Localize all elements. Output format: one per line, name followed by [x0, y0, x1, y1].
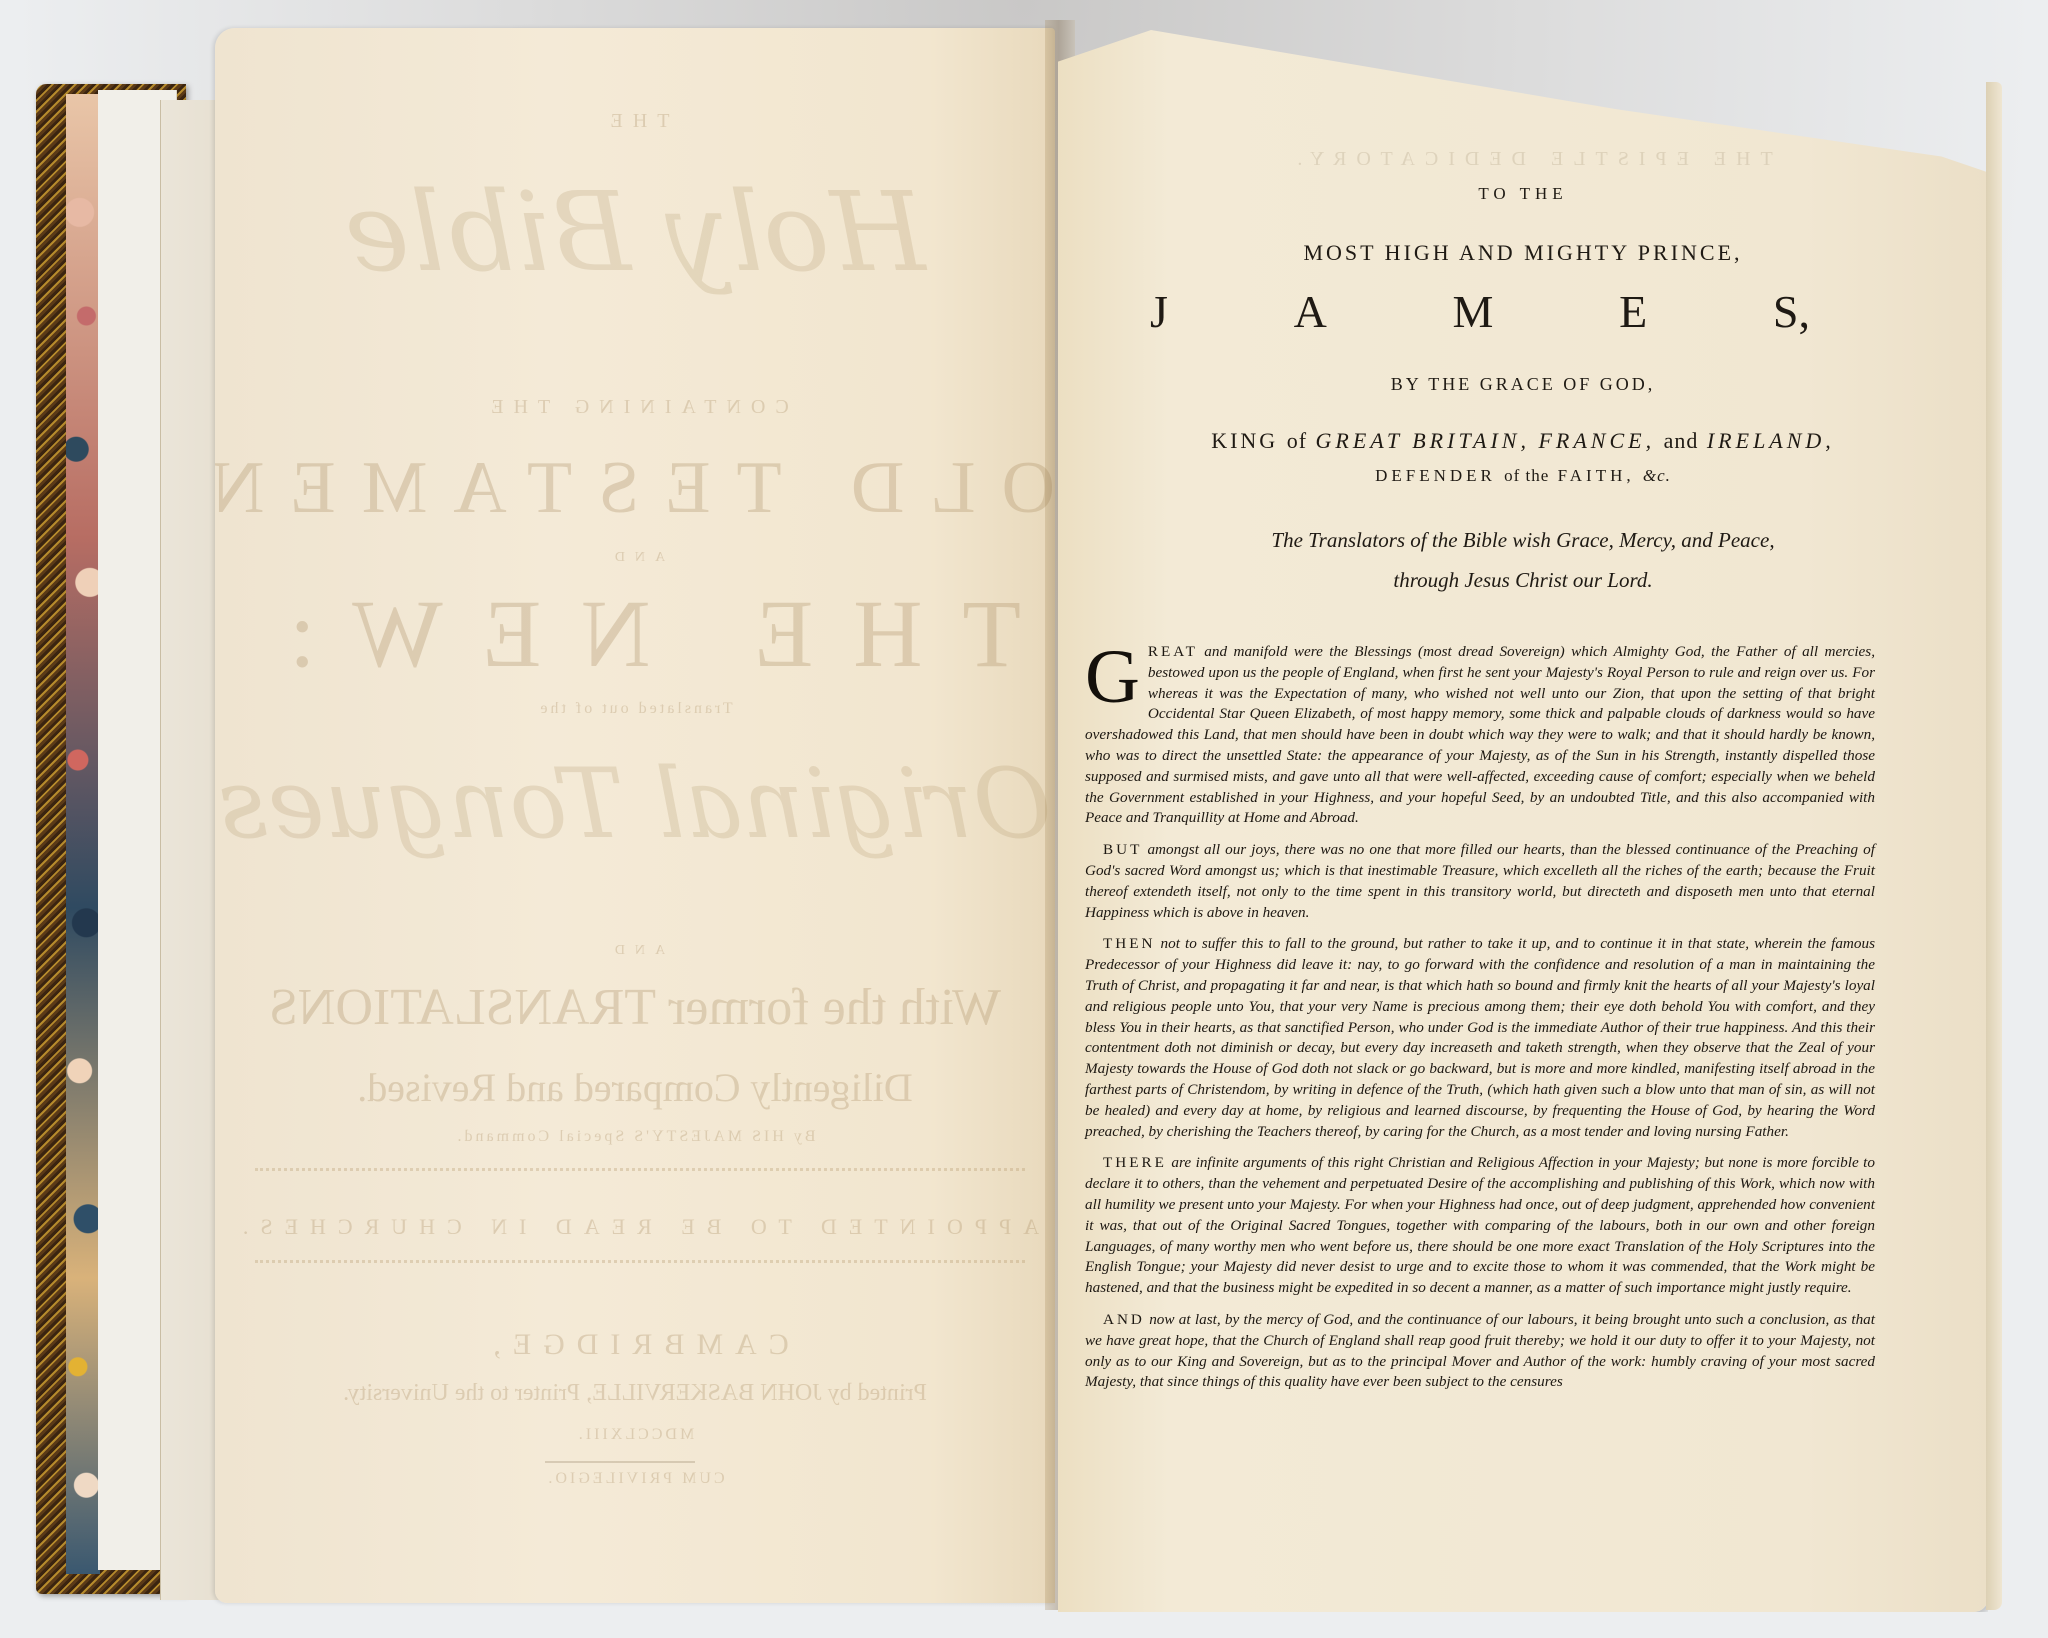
defender-word: DEFENDER: [1375, 466, 1496, 485]
paragraph-then: THEN not to suffer this to fall to the g…: [1085, 934, 1875, 1142]
james-letter-j: J: [1150, 285, 1168, 338]
heading-james: J A M E S,: [1150, 285, 1810, 338]
ghost-and-1: AND: [215, 550, 1055, 566]
ghost-and-2: AND: [215, 943, 1055, 959]
etc-word: &c.: [1643, 466, 1671, 485]
ghost-diligently: Diligently Compared and Revised.: [215, 1064, 1055, 1111]
page-fore-edge: [1986, 82, 2002, 1610]
great-britain: GREAT BRITAIN,: [1316, 428, 1530, 453]
salutation: The Translators of the Bible wish Grace,…: [1058, 520, 1988, 600]
ghost-printed-by: Printed by JOHN BASKERVILLE, Printer to …: [215, 1380, 1055, 1407]
ghost-epistle-heading: THE EPISTLE DEDICATORY.: [1150, 148, 1910, 171]
of-word: of: [1287, 428, 1307, 453]
ghost-by-majesty: By HIS MAJESTY'S Special Command.: [215, 1128, 1055, 1146]
paragraph-there: THERE are infinite arguments of this rig…: [1085, 1153, 1875, 1299]
ghost-cum-privilegio: CUM PRIVILEGIO.: [215, 1470, 1055, 1488]
faith-word: FAITH,: [1558, 466, 1635, 485]
ghost-short-rule: [545, 1461, 695, 1463]
ghost-the-new: THE NEW:: [215, 578, 1055, 689]
ghost-old-testament: OLD TESTAMENT: [215, 446, 1055, 531]
of-the-word: of the: [1504, 466, 1549, 485]
ghost-translated: Translated out of the: [215, 700, 1055, 718]
heading-most-high-prince: MOST HIGH AND MIGHTY PRINCE,: [1058, 240, 1988, 266]
ghost-containing: CONTAINING THE: [215, 396, 1055, 419]
ghost-the: THE: [215, 110, 1055, 133]
heading-king-line: KING of GREAT BRITAIN, FRANCE, and IRELA…: [1058, 428, 1988, 454]
drop-cap-g: G: [1085, 648, 1140, 706]
dedication-body: GREAT and manifold were the Blessings (m…: [1085, 642, 1875, 1404]
france: FRANCE,: [1538, 428, 1655, 453]
and-word: and: [1664, 428, 1699, 453]
ghost-original-tongues: Original Tongues: [215, 748, 1055, 860]
ghost-cambridge: CAMBRIDGE,: [215, 1328, 1055, 1362]
heading-by-grace: BY THE GRACE OF GOD,: [1058, 374, 1988, 395]
ghost-with-former: With the former TRANSLATIONS: [215, 978, 1055, 1037]
heading-defender-line: DEFENDER of the FAITH, &c.: [1058, 466, 1988, 486]
heading-to-the: TO THE: [1058, 184, 1988, 204]
ornamental-rule-bottom: [255, 1260, 1025, 1263]
james-letter-a: A: [1294, 285, 1327, 338]
salutation-line-2: through Jesus Christ our Lord.: [1058, 560, 1988, 600]
paragraph-but: BUT amongst all our joys, there was no o…: [1085, 840, 1875, 923]
james-letter-e: E: [1619, 285, 1647, 338]
king-word: KING: [1211, 428, 1278, 453]
james-letter-s: S,: [1773, 285, 1810, 338]
salutation-line-1: The Translators of the Bible wish Grace,…: [1058, 520, 1988, 560]
ghost-appointed: APPOINTED TO BE READ IN CHURCHES.: [215, 1214, 1055, 1240]
ghost-year: MDCCLXIII.: [215, 1426, 1055, 1444]
left-page: THE Holy Bible CONTAINING THE OLD TESTAM…: [215, 28, 1055, 1603]
ireland: IRELAND,: [1707, 428, 1835, 453]
james-letter-m: M: [1453, 285, 1494, 338]
ghost-holy-bible: Holy Bible: [215, 168, 1055, 296]
ornamental-rule-top: [255, 1168, 1025, 1171]
paragraph-great: GREAT and manifold were the Blessings (m…: [1085, 642, 1875, 829]
paragraph-and: AND now at last, by the mercy of God, an…: [1085, 1310, 1875, 1393]
marbled-endpaper: [66, 94, 100, 1574]
